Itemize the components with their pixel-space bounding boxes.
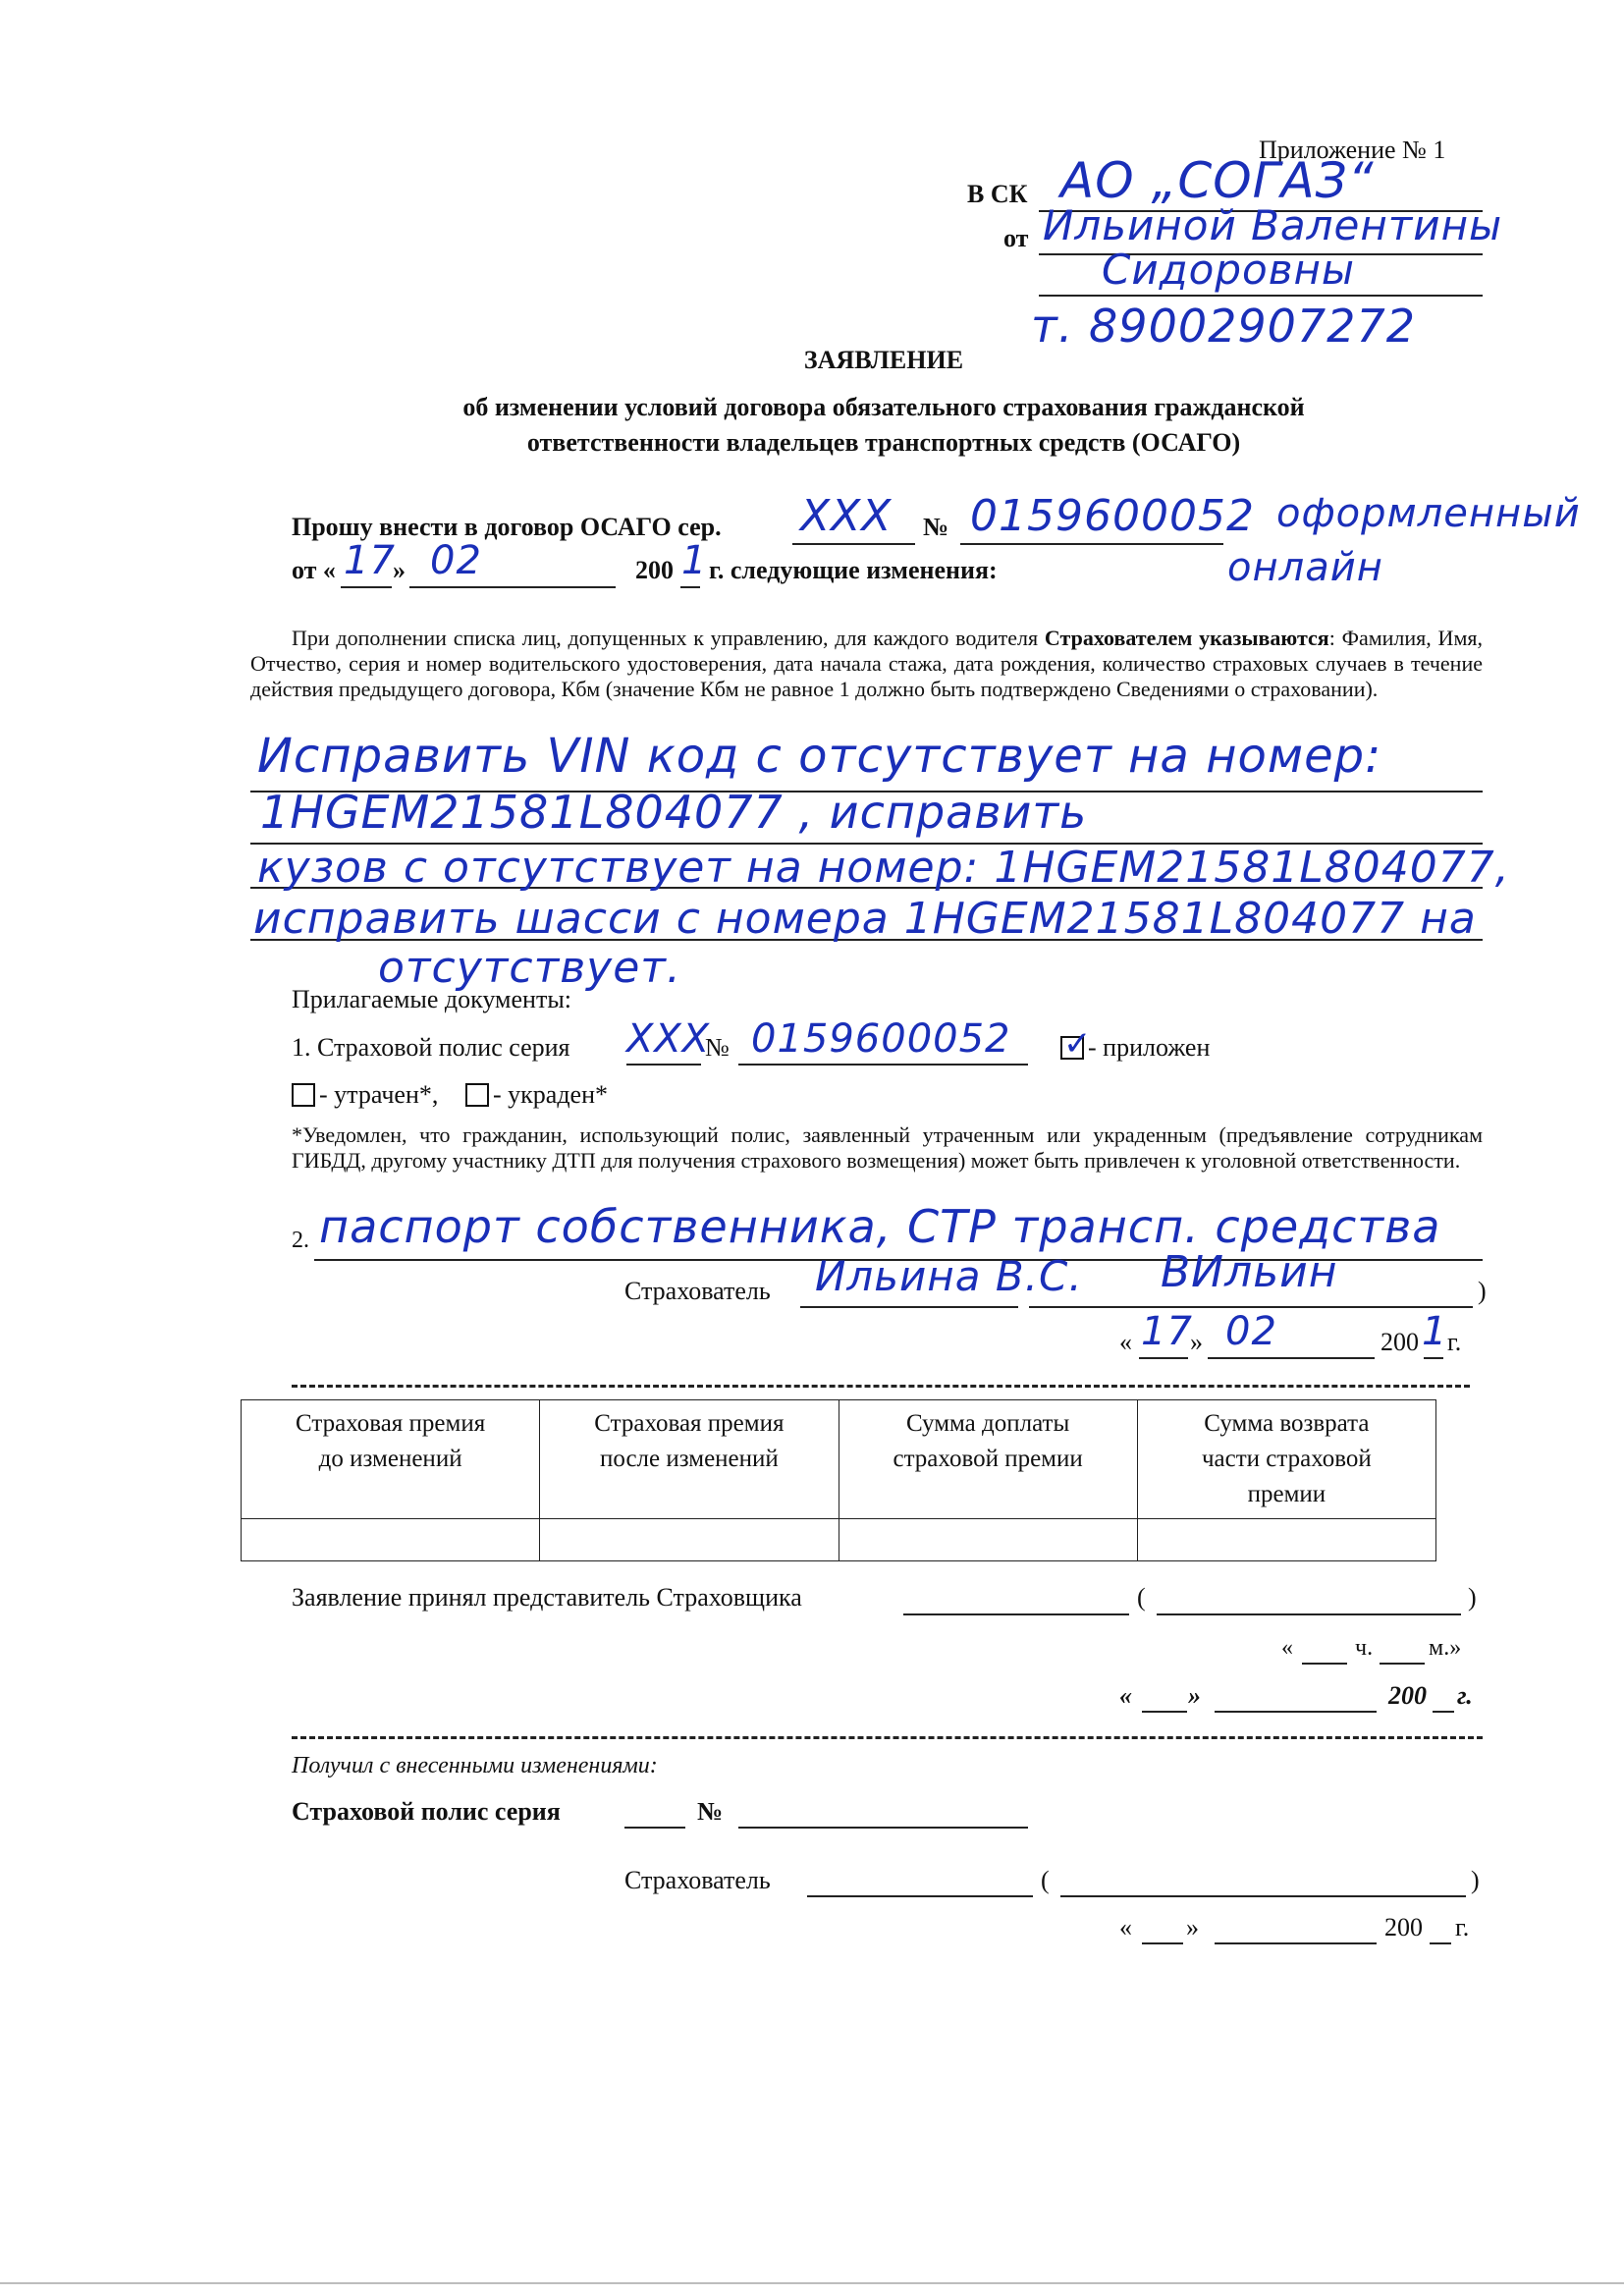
insured-name-underline — [1029, 1306, 1473, 1308]
receipt-policy-label: Страховой полис серия — [292, 1797, 561, 1827]
change-text-4[interactable]: исправить шасси с номера 1HGEM21581L8040… — [253, 894, 1477, 944]
request-number-underline — [960, 543, 1223, 545]
insured-month-underline — [1208, 1357, 1375, 1359]
receipt-day-underline[interactable] — [1142, 1942, 1183, 1944]
attachment-1-number[interactable]: 0159600052 — [751, 1016, 1011, 1062]
from-value-line1[interactable]: Ильиной Валентины — [1043, 201, 1502, 249]
stolen-checkbox[interactable] — [465, 1083, 489, 1107]
acceptance-hours-underline[interactable] — [1302, 1663, 1347, 1665]
request-year-prefix: 200 — [635, 556, 674, 585]
acceptance-label: Заявление принял представитель Страховщи… — [292, 1583, 802, 1613]
insured-day[interactable]: 17 — [1141, 1309, 1193, 1354]
liability-notice: *Уведомлен, что гражданин, использующий … — [292, 1122, 1483, 1174]
request-year-digit[interactable]: 1 — [681, 538, 707, 583]
to-label: В СК — [967, 180, 1027, 209]
change-text-3[interactable]: кузов с отсутствует на номер: 1HGEM21581… — [257, 843, 1510, 893]
acceptance-date-close: » — [1188, 1681, 1201, 1711]
premium-header-after-l2: после изменений — [544, 1442, 834, 1477]
premium-value-after[interactable] — [540, 1519, 839, 1561]
attachment-2-prefix: 2. — [292, 1228, 309, 1254]
premium-value-surcharge[interactable] — [839, 1519, 1137, 1561]
document-subtitle-1: об изменении условий договора обязательн… — [0, 393, 1624, 422]
insured-label: Страхователь — [624, 1277, 771, 1306]
attachments-heading: Прилагаемые документы: — [292, 985, 571, 1014]
premium-header-refund-l1: Сумма возврата — [1142, 1406, 1432, 1442]
attached-checkbox[interactable]: ✓ — [1060, 1036, 1084, 1060]
acceptance-month-underline[interactable] — [1215, 1711, 1377, 1713]
request-suffix: г. следующие изменения: — [709, 556, 998, 585]
instructions-lead: При дополнении списка лиц, допущенных к … — [292, 626, 1045, 650]
attachment-1-prefix: 1. Страховой полис серия — [292, 1033, 570, 1063]
acceptance-name-underline[interactable] — [1157, 1613, 1461, 1615]
receipt-month-underline[interactable] — [1215, 1942, 1377, 1944]
premium-header-surcharge-l1: Сумма доплаты — [843, 1406, 1133, 1442]
insured-date-close: » — [1190, 1328, 1203, 1357]
request-month[interactable]: 02 — [430, 538, 482, 583]
request-number-label: № — [923, 513, 948, 542]
premium-value-refund[interactable] — [1137, 1519, 1435, 1561]
premium-header-after: Страховая премия после изменений — [540, 1400, 839, 1519]
insured-year-underline — [1424, 1357, 1443, 1359]
document-title: ЗАЯВЛЕНИЕ — [0, 346, 1624, 375]
premium-header-before-l1: Страховая премия — [245, 1406, 535, 1442]
receipt-year-suffix: г. — [1455, 1913, 1469, 1942]
from-underline-2 — [1039, 295, 1483, 297]
request-day-underline — [341, 586, 392, 588]
receipt-close-paren: ) — [1471, 1866, 1480, 1895]
receipt-series-underline[interactable] — [624, 1827, 685, 1829]
attachment-1-series-underline — [626, 1064, 701, 1066]
insured-signature-underline — [800, 1306, 1018, 1308]
request-note-1[interactable]: оформленный — [1276, 491, 1581, 536]
receipt-year-prefix: 200 — [1384, 1913, 1423, 1942]
receipt-number-label: № — [697, 1797, 723, 1827]
acceptance-signature-underline[interactable] — [903, 1613, 1129, 1615]
insured-close-paren: ) — [1478, 1277, 1487, 1306]
lost-checkbox[interactable] — [292, 1083, 315, 1107]
acceptance-time-open: « — [1281, 1635, 1293, 1662]
acceptance-close-paren: ) — [1468, 1583, 1477, 1613]
premium-table-value-row — [242, 1519, 1436, 1561]
insured-day-underline — [1139, 1357, 1188, 1359]
attachment-1-series[interactable]: XXX — [626, 1016, 710, 1062]
insured-date-open: « — [1119, 1328, 1132, 1357]
receipt-date-open: « — [1119, 1913, 1132, 1942]
change-text-2[interactable]: 1HGEM21581L804077 , исправить — [260, 786, 1087, 839]
premium-header-surcharge: Сумма доплаты страховой премии — [839, 1400, 1137, 1519]
insured-name[interactable]: Ильина В.С. — [815, 1252, 1083, 1300]
acceptance-minutes-label: м.» — [1429, 1635, 1461, 1662]
scan-edge-rule — [0, 2282, 1624, 2284]
receipt-signature-underline[interactable] — [807, 1895, 1033, 1897]
attachment-1-number-label: № — [705, 1033, 730, 1063]
request-date-from: от « — [292, 556, 336, 585]
insured-signature[interactable]: ВИльин — [1161, 1247, 1338, 1297]
insured-month[interactable]: 02 — [1225, 1309, 1277, 1354]
instructions-paragraph: При дополнении списка лиц, допущенных к … — [250, 626, 1483, 702]
request-month-underline — [409, 586, 616, 588]
change-text-1[interactable]: Исправить VIN код с отсутствует на номер… — [257, 729, 1381, 784]
acceptance-year-suffix: г. — [1457, 1681, 1473, 1711]
premium-header-before: Страховая премия до изменений — [242, 1400, 540, 1519]
premium-header-refund-l3: премии — [1142, 1477, 1432, 1512]
stolen-label: - украден* — [493, 1080, 608, 1110]
attached-label: - приложен — [1088, 1033, 1210, 1063]
request-number[interactable]: 0159600052 — [970, 491, 1255, 541]
request-note-2[interactable]: онлайн — [1227, 545, 1383, 590]
from-value-line2[interactable]: Сидоровны — [1102, 246, 1355, 294]
receipt-year-underline[interactable] — [1430, 1942, 1451, 1944]
attachment-2-value[interactable]: паспорт собственника, СТР трансп. средст… — [319, 1200, 1440, 1253]
premium-header-refund: Сумма возврата части страховой премии — [1137, 1400, 1435, 1519]
receipt-open-paren: ( — [1041, 1866, 1050, 1895]
request-year-underline — [680, 586, 700, 588]
cut-line-1 — [292, 1385, 1470, 1388]
attachment-1-number-underline — [738, 1064, 1028, 1066]
premium-table: Страховая премия до изменений Страховая … — [241, 1399, 1436, 1561]
request-series-underline — [792, 543, 915, 545]
from-label: от — [1003, 224, 1028, 253]
phone-number[interactable]: т. 89002907272 — [1031, 300, 1416, 353]
receipt-heading: Получил с внесенными изменениями: — [292, 1753, 658, 1779]
instructions-bold: Страхователем указываются — [1045, 626, 1329, 650]
premium-table-header-row: Страховая премия до изменений Страховая … — [242, 1400, 1436, 1519]
insured-year-prefix: 200 — [1380, 1328, 1419, 1357]
premium-header-refund-l2: части страховой — [1142, 1442, 1432, 1477]
lost-label: - утрачен*, — [319, 1080, 438, 1110]
request-day[interactable]: 17 — [344, 538, 396, 583]
receipt-number-underline[interactable] — [738, 1827, 1028, 1829]
premium-value-before[interactable] — [242, 1519, 540, 1561]
insured-year-suffix: г. — [1447, 1328, 1461, 1357]
acceptance-minutes-underline[interactable] — [1380, 1663, 1425, 1665]
acceptance-date-open: « — [1119, 1681, 1132, 1711]
premium-header-after-l1: Страховая премия — [544, 1406, 834, 1442]
receipt-name-underline[interactable] — [1060, 1895, 1466, 1897]
acceptance-open-paren: ( — [1137, 1583, 1146, 1613]
document-subtitle-2: ответственности владельцев транспортных … — [0, 428, 1624, 458]
receipt-insured-label: Страхователь — [624, 1866, 771, 1895]
request-series[interactable]: XXX — [800, 491, 892, 541]
insured-year-digit[interactable]: 1 — [1422, 1309, 1447, 1354]
acceptance-year-prefix: 200 — [1388, 1681, 1427, 1711]
acceptance-hours-label: ч. — [1355, 1635, 1373, 1662]
cut-line-2 — [292, 1736, 1483, 1739]
premium-header-surcharge-l2: страховой премии — [843, 1442, 1133, 1477]
request-day-close: » — [393, 556, 406, 585]
acceptance-year-underline[interactable] — [1433, 1711, 1454, 1713]
receipt-date-close: » — [1186, 1913, 1199, 1942]
premium-header-before-l2: до изменений — [245, 1442, 535, 1477]
acceptance-day-underline[interactable] — [1142, 1711, 1187, 1713]
